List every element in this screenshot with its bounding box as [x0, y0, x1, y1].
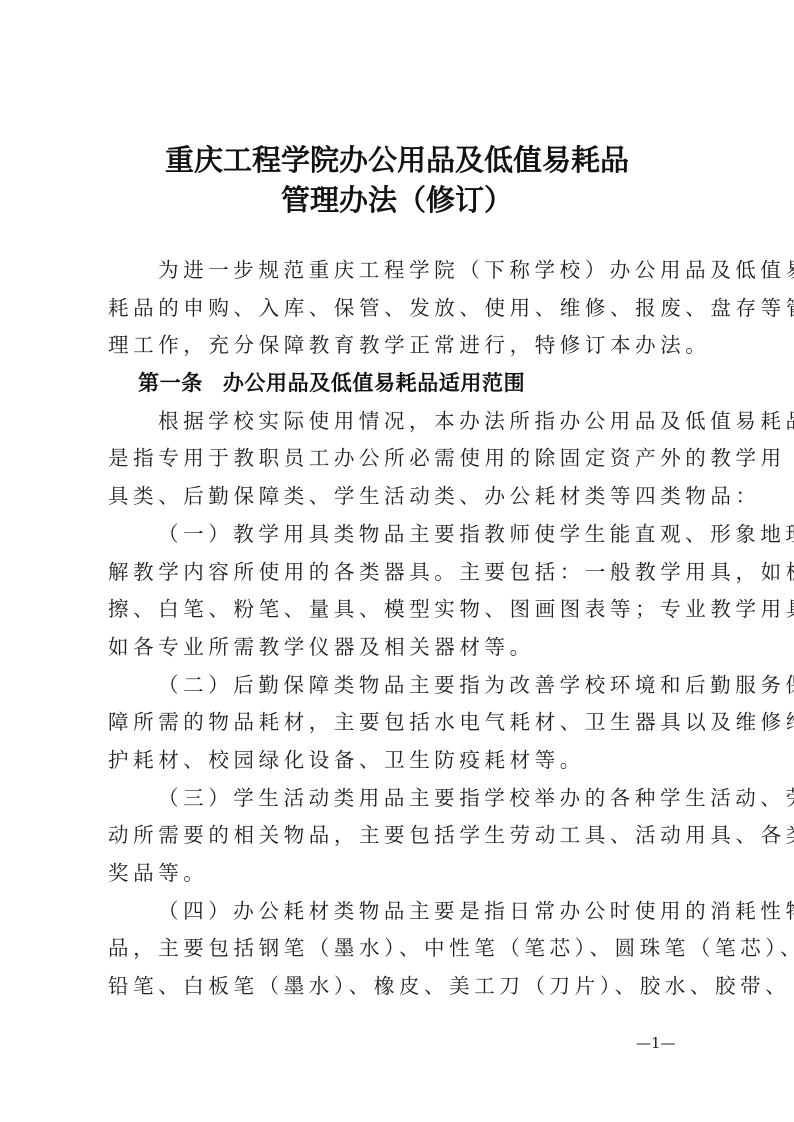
item-4-line-1: （四）办公耗材类物品主要是指日常办公时使用的消耗性物	[108, 893, 698, 931]
document-page: 重庆工程学院办公用品及低值易耗品 管理办法（修订） 为进一步规范重庆工程学院（下…	[0, 0, 794, 1122]
article-1-heading: 第一条办公用品及低值易耗品适用范围	[108, 365, 698, 403]
item-1-line-2: 解教学内容所使用的各类器具。主要包括：一般教学用具，如板	[108, 554, 698, 592]
document-body: 为进一步规范重庆工程学院（下称学校）办公用品及低值易 耗品的申购、入库、保管、发…	[108, 252, 698, 1006]
item-1-line-1: （一）教学用具类物品主要指教师使学生能直观、形象地理	[108, 516, 698, 554]
scope-line-1: 根据学校实际使用情况，本办法所指办公用品及低值易耗品	[108, 403, 698, 441]
item-2-line-2: 障所需的物品耗材，主要包括水电气耗材、卫生器具以及维修维	[108, 704, 698, 742]
item-4-line-3: 铅笔、白板笔（墨水）、橡皮、美工刀（刀片）、胶水、胶带、	[108, 968, 698, 1006]
item-3-line-3: 奖品等。	[108, 855, 698, 893]
item-1-line-3: 擦、白笔、粉笔、量具、模型实物、图画图表等；专业教学用具，	[108, 591, 698, 629]
intro-line-3: 理工作，充分保障教育教学正常进行，特修订本办法。	[108, 327, 698, 365]
article-title: 办公用品及低值易耗品适用范围	[223, 371, 525, 395]
item-3-line-1: （三）学生活动类用品主要指学校举办的各种学生活动、劳	[108, 780, 698, 818]
item-2-line-1: （二）后勤保障类物品主要指为改善学校环境和后勤服务保	[108, 667, 698, 705]
article-number: 第一条	[138, 371, 203, 395]
scope-line-3: 具类、后勤保障类、学生活动类、办公耗材类等四类物品：	[108, 478, 698, 516]
page-number: —1—	[636, 1034, 676, 1052]
document-title-line-1: 重庆工程学院办公用品及低值易耗品	[0, 140, 794, 180]
item-1-line-4: 如各专业所需教学仪器及相关器材等。	[108, 629, 698, 667]
document-title-line-2: 管理办法（修订）	[0, 180, 794, 220]
intro-line-2: 耗品的申购、入库、保管、发放、使用、维修、报废、盘存等管	[108, 290, 698, 328]
scope-line-2: 是指专用于教职员工办公所必需使用的除固定资产外的教学用	[108, 440, 698, 478]
item-3-line-2: 动所需要的相关物品，主要包括学生劳动工具、活动用具、各类	[108, 817, 698, 855]
item-2-line-3: 护耗材、校园绿化设备、卫生防疫耗材等。	[108, 742, 698, 780]
intro-line-1: 为进一步规范重庆工程学院（下称学校）办公用品及低值易	[108, 252, 698, 290]
item-4-line-2: 品，主要包括钢笔（墨水）、中性笔（笔芯）、圆珠笔（笔芯）、	[108, 930, 698, 968]
